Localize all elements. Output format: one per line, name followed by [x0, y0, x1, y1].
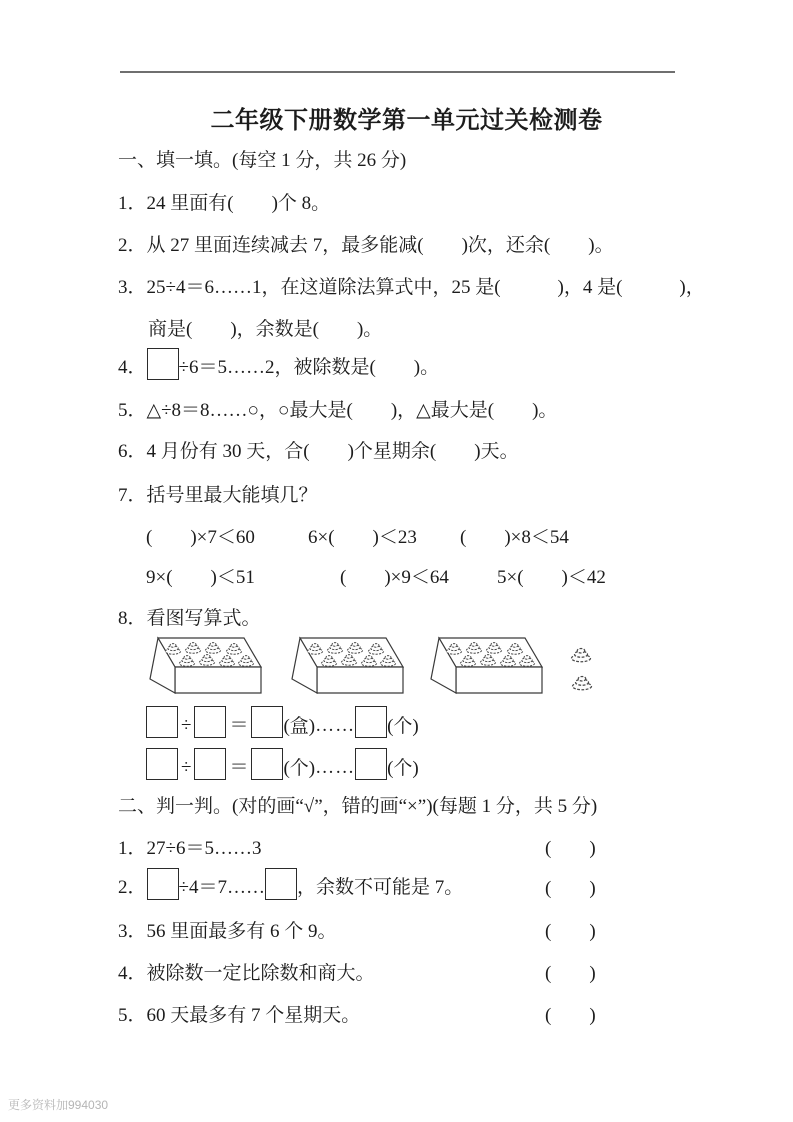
question-2: 2．从 27 里面连续减去 7，最多能减( )次，还余( )。 [118, 234, 614, 257]
question-text: 27÷6＝5……3 [147, 838, 262, 859]
unit-label: (盒) [283, 715, 315, 738]
q7-cell: 9×( )＜51 [146, 566, 255, 589]
answer-paren: ( ) [545, 920, 596, 943]
fill-box [194, 748, 226, 780]
answer-paren: ( ) [545, 962, 596, 985]
q7-cell: ( )×8＜54 [460, 526, 569, 549]
question-text: 从 27 里面连续减去 7，最多能减( )次，还余( )。 [147, 235, 614, 256]
fill-box [355, 706, 387, 738]
question-7: 7．括号里最大能填几？ [118, 484, 318, 507]
division-sign: ÷ [178, 756, 194, 780]
unit-label: (个) [387, 715, 419, 738]
question-text: 56 里面最多有 6 个 9。 [147, 921, 337, 942]
question-3-line2: 商是( )，余数是( )。 [148, 318, 382, 341]
q7-cell: 6×( )＜23 [308, 526, 417, 549]
remainder-dots: …… [315, 714, 355, 738]
division-sign: ÷ [178, 714, 194, 738]
question-number: 7． [118, 485, 147, 506]
question-text: 60 天最多有 7 个星期天。 [147, 1005, 361, 1026]
question-6: 6．4 月份有 30 天，合( )个星期余( )天。 [118, 440, 519, 463]
fill-box [147, 868, 179, 900]
judge-1: 1．27÷6＝5……3 [118, 837, 261, 860]
equals-sign: ＝ [226, 714, 251, 738]
remainder-dots: …… [315, 756, 355, 780]
fill-box [265, 868, 297, 900]
fill-box [147, 348, 179, 380]
unit-label: (个) [387, 757, 419, 780]
equation-row-1: ÷ ＝ (盒) …… (个) [146, 702, 419, 738]
question-text: ÷4＝7…… [179, 876, 265, 900]
question-text: 25÷4＝6……1，在这道除法算式中，25 是( )，4 是( )， [147, 277, 705, 298]
question-1: 1．24 里面有( )个 8。 [118, 192, 330, 215]
question-text: 括号里最大能填几？ [147, 485, 318, 506]
question-number: 5． [118, 1005, 147, 1026]
q7-cell: ( )×7＜60 [146, 526, 255, 549]
fill-box [251, 706, 283, 738]
section-2-heading: 二、判一判。(对的画“√”，错的画“×”)(每题 1 分，共 5 分) [118, 795, 597, 818]
fill-box [146, 706, 178, 738]
question-text: ÷6＝5……2，被除数是( )。 [179, 356, 440, 380]
watermark: 更多资料加994030 [8, 1096, 108, 1113]
question-text: 看图写算式。 [147, 608, 261, 629]
question-number: 1． [118, 193, 147, 214]
bun-tray-icon [283, 636, 405, 696]
bun-tray-icon [422, 636, 544, 696]
fill-box [355, 748, 387, 780]
q7-cell: ( )×9＜64 [340, 566, 449, 589]
question-number: 1． [118, 838, 147, 859]
loose-buns-icon [562, 642, 600, 698]
judge-4: 4．被除数一定比除数和商大。 [118, 962, 375, 985]
question-3-line1: 3．25÷4＝6……1，在这道除法算式中，25 是( )，4 是( )， [118, 276, 705, 299]
question-number: 4． [118, 356, 147, 380]
question-text: △÷8＝8……○，○最大是( )，△最大是( )。 [147, 400, 558, 421]
answer-paren: ( ) [545, 877, 596, 900]
question-number: 4． [118, 963, 147, 984]
judge-3: 3．56 里面最多有 6 个 9。 [118, 920, 337, 943]
equation-row-2: ÷ ＝ (个) …… (个) [146, 744, 419, 780]
fill-box [251, 748, 283, 780]
question-number: 3． [118, 921, 147, 942]
judge-5: 5．60 天最多有 7 个星期天。 [118, 1004, 360, 1027]
unit-label: (个) [283, 757, 315, 780]
fill-box [146, 748, 178, 780]
question-number: 3． [118, 277, 147, 298]
section-1-heading: 一、填一填。(每空 1 分，共 26 分) [118, 149, 406, 172]
page-title: 二年级下册数学第一单元过关检测卷 [10, 100, 793, 135]
question-text: ，余数不可能是 7。 [297, 876, 463, 900]
question-4: 4． ÷6＝5……2，被除数是( )。 [118, 344, 439, 380]
question-text: 4 月份有 30 天，合( )个星期余( )天。 [147, 441, 519, 462]
q7-cell: 5×( )＜42 [497, 566, 606, 589]
answer-paren: ( ) [545, 1004, 596, 1027]
worksheet-page: 二年级下册数学第一单元过关检测卷 一、填一填。(每空 1 分，共 26 分) 1… [0, 0, 793, 1122]
question-number: 6． [118, 441, 147, 462]
judge-2: 2． ÷4＝7…… ，余数不可能是 7。 [118, 864, 463, 900]
equals-sign: ＝ [226, 756, 251, 780]
question-number: 2． [118, 235, 147, 256]
question-text: 被除数一定比除数和商大。 [147, 963, 375, 984]
header-rule [120, 71, 675, 73]
question-number: 5． [118, 400, 147, 421]
question-8: 8．看图写算式。 [118, 607, 261, 630]
question-text: 24 里面有( )个 8。 [147, 193, 331, 214]
fill-box [194, 706, 226, 738]
bun-tray-icon [141, 636, 263, 696]
question-number: 2． [118, 876, 147, 900]
question-number: 8． [118, 608, 147, 629]
answer-paren: ( ) [545, 837, 596, 860]
question-5: 5．△÷8＝8……○，○最大是( )，△最大是( )。 [118, 399, 557, 422]
